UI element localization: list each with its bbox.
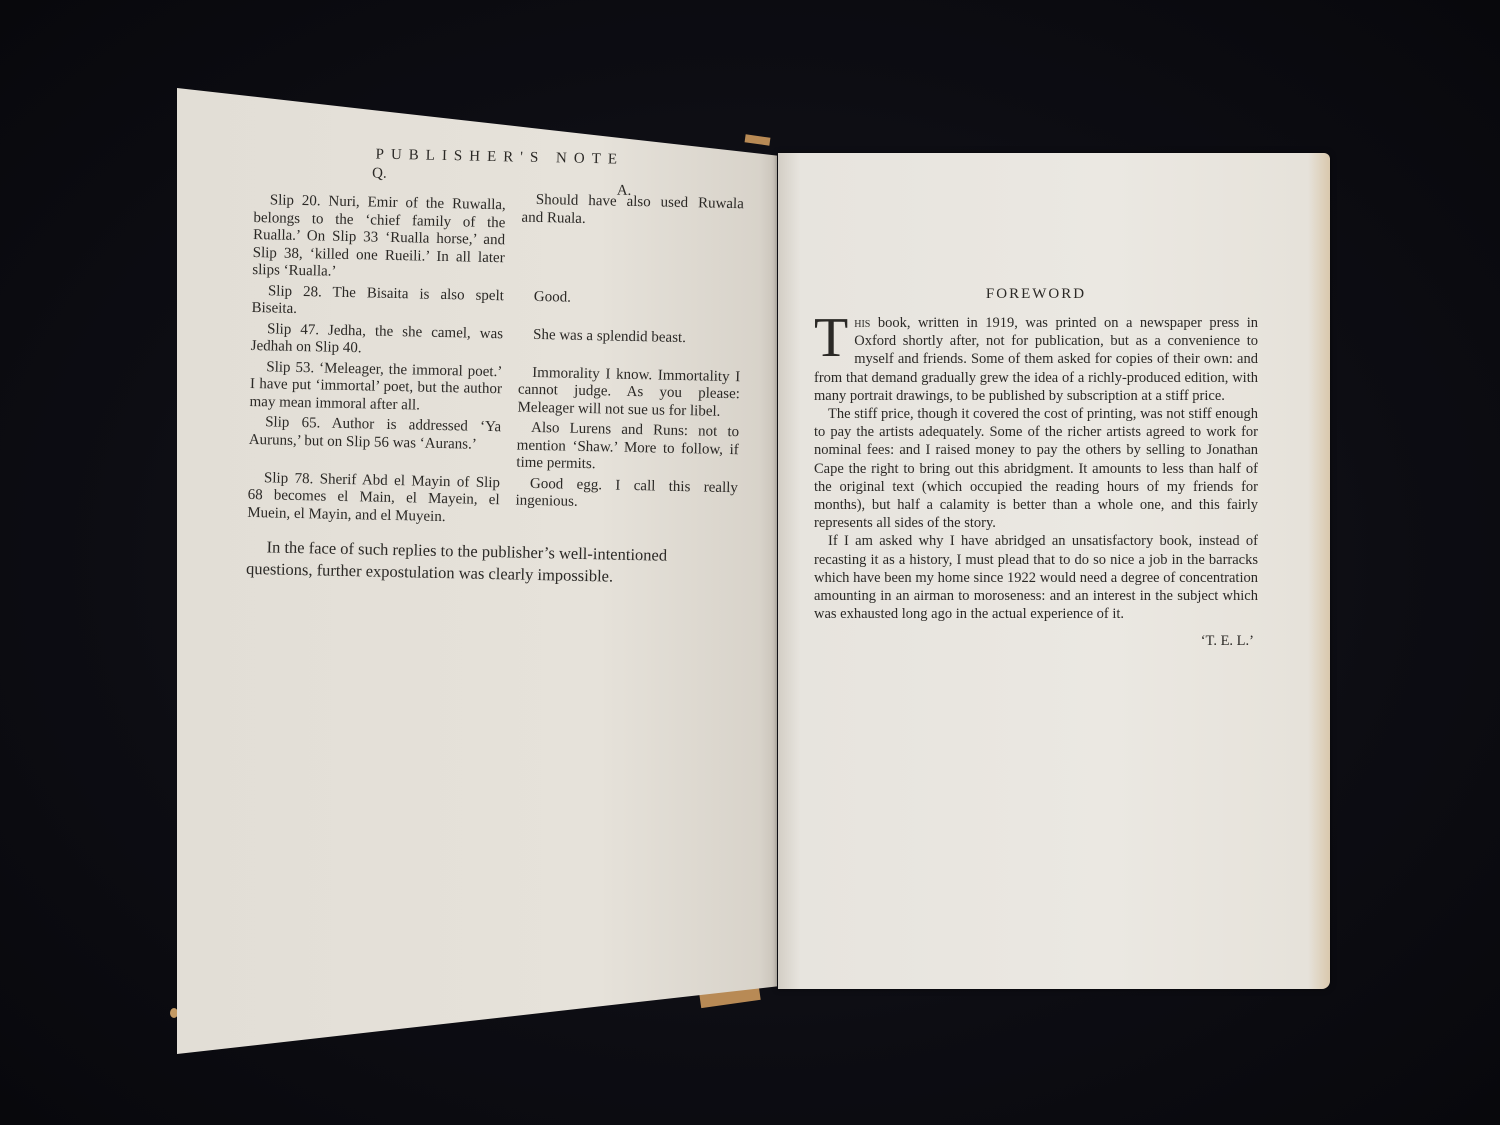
foreword-paragraph: If I am asked why I have abridged an uns… [814,532,1258,623]
author-signature: ‘T. E. L.’ [814,633,1258,650]
paragraph-text: book, written in 1919, was printed on a … [814,315,1258,404]
foreword-paragraph: This book, written in 1919, was printed … [814,314,1258,405]
book-cover-edge-top [745,134,771,145]
foreword-paragraph: The stiff price, though it covered the c… [814,405,1258,532]
page-title: FOREWORD [814,286,1258,303]
cover-tear-mark [170,1008,178,1018]
question-text: Slip 78. Sherif Abd el Mayin of Slip 68 … [247,469,500,527]
question-text: Slip 65. Author is addressed ‘Ya Auruns,… [248,414,501,472]
answer-text: She was a splendid beast. [503,326,742,366]
question-text: Slip 53. ‘Meleager, the immoral poet.’ I… [249,358,502,416]
qa-entry: Slip 28. The Bisaita is also spelt Bisei… [251,282,742,327]
answer-text: Good. [503,288,742,328]
qa-entry: Slip 20. Nuri, Emir of the Ruwalla, belo… [252,192,744,290]
left-page: PUBLISHER'S NOTE Q. A. Slip 20. Nuri, Em… [177,88,777,1054]
qa-entry: Slip 53. ‘Meleager, the immoral poet.’ I… [249,358,740,421]
question-text: Slip 47. Jedha, the she camel, was Jedha… [251,320,504,360]
question-text: Slip 28. The Bisaita is also spelt Bisei… [251,282,504,322]
answer-text: Should have also used Ruwala and Ruala. [504,191,744,289]
question-text: Slip 20. Nuri, Emir of the Ruwalla, belo… [252,192,506,285]
first-word-smallcaps: his [854,315,870,331]
publishers-note: PUBLISHER'S NOTE Q. A. Slip 20. Nuri, Em… [246,144,745,590]
right-page: FOREWORD This book, written in 1919, was… [778,153,1330,989]
foreword: FOREWORD This book, written in 1919, was… [814,286,1258,650]
answer-text: Immorality I know. Immortality I cannot … [501,364,740,421]
answer-text: Good egg. I call this really ingenious. [499,475,738,532]
answer-text: Also Lurens and Runs: not to mention ‘Sh… [500,419,739,476]
qa-entry: Slip 78. Sherif Abd el Mayin of Slip 68 … [247,469,738,532]
closing-paragraph: In the face of such replies to the publi… [246,536,735,590]
qa-entry: Slip 47. Jedha, the she camel, was Jedha… [251,320,742,365]
drop-cap: T [814,316,848,360]
qa-entry: Slip 65. Author is addressed ‘Ya Auruns,… [248,414,739,477]
